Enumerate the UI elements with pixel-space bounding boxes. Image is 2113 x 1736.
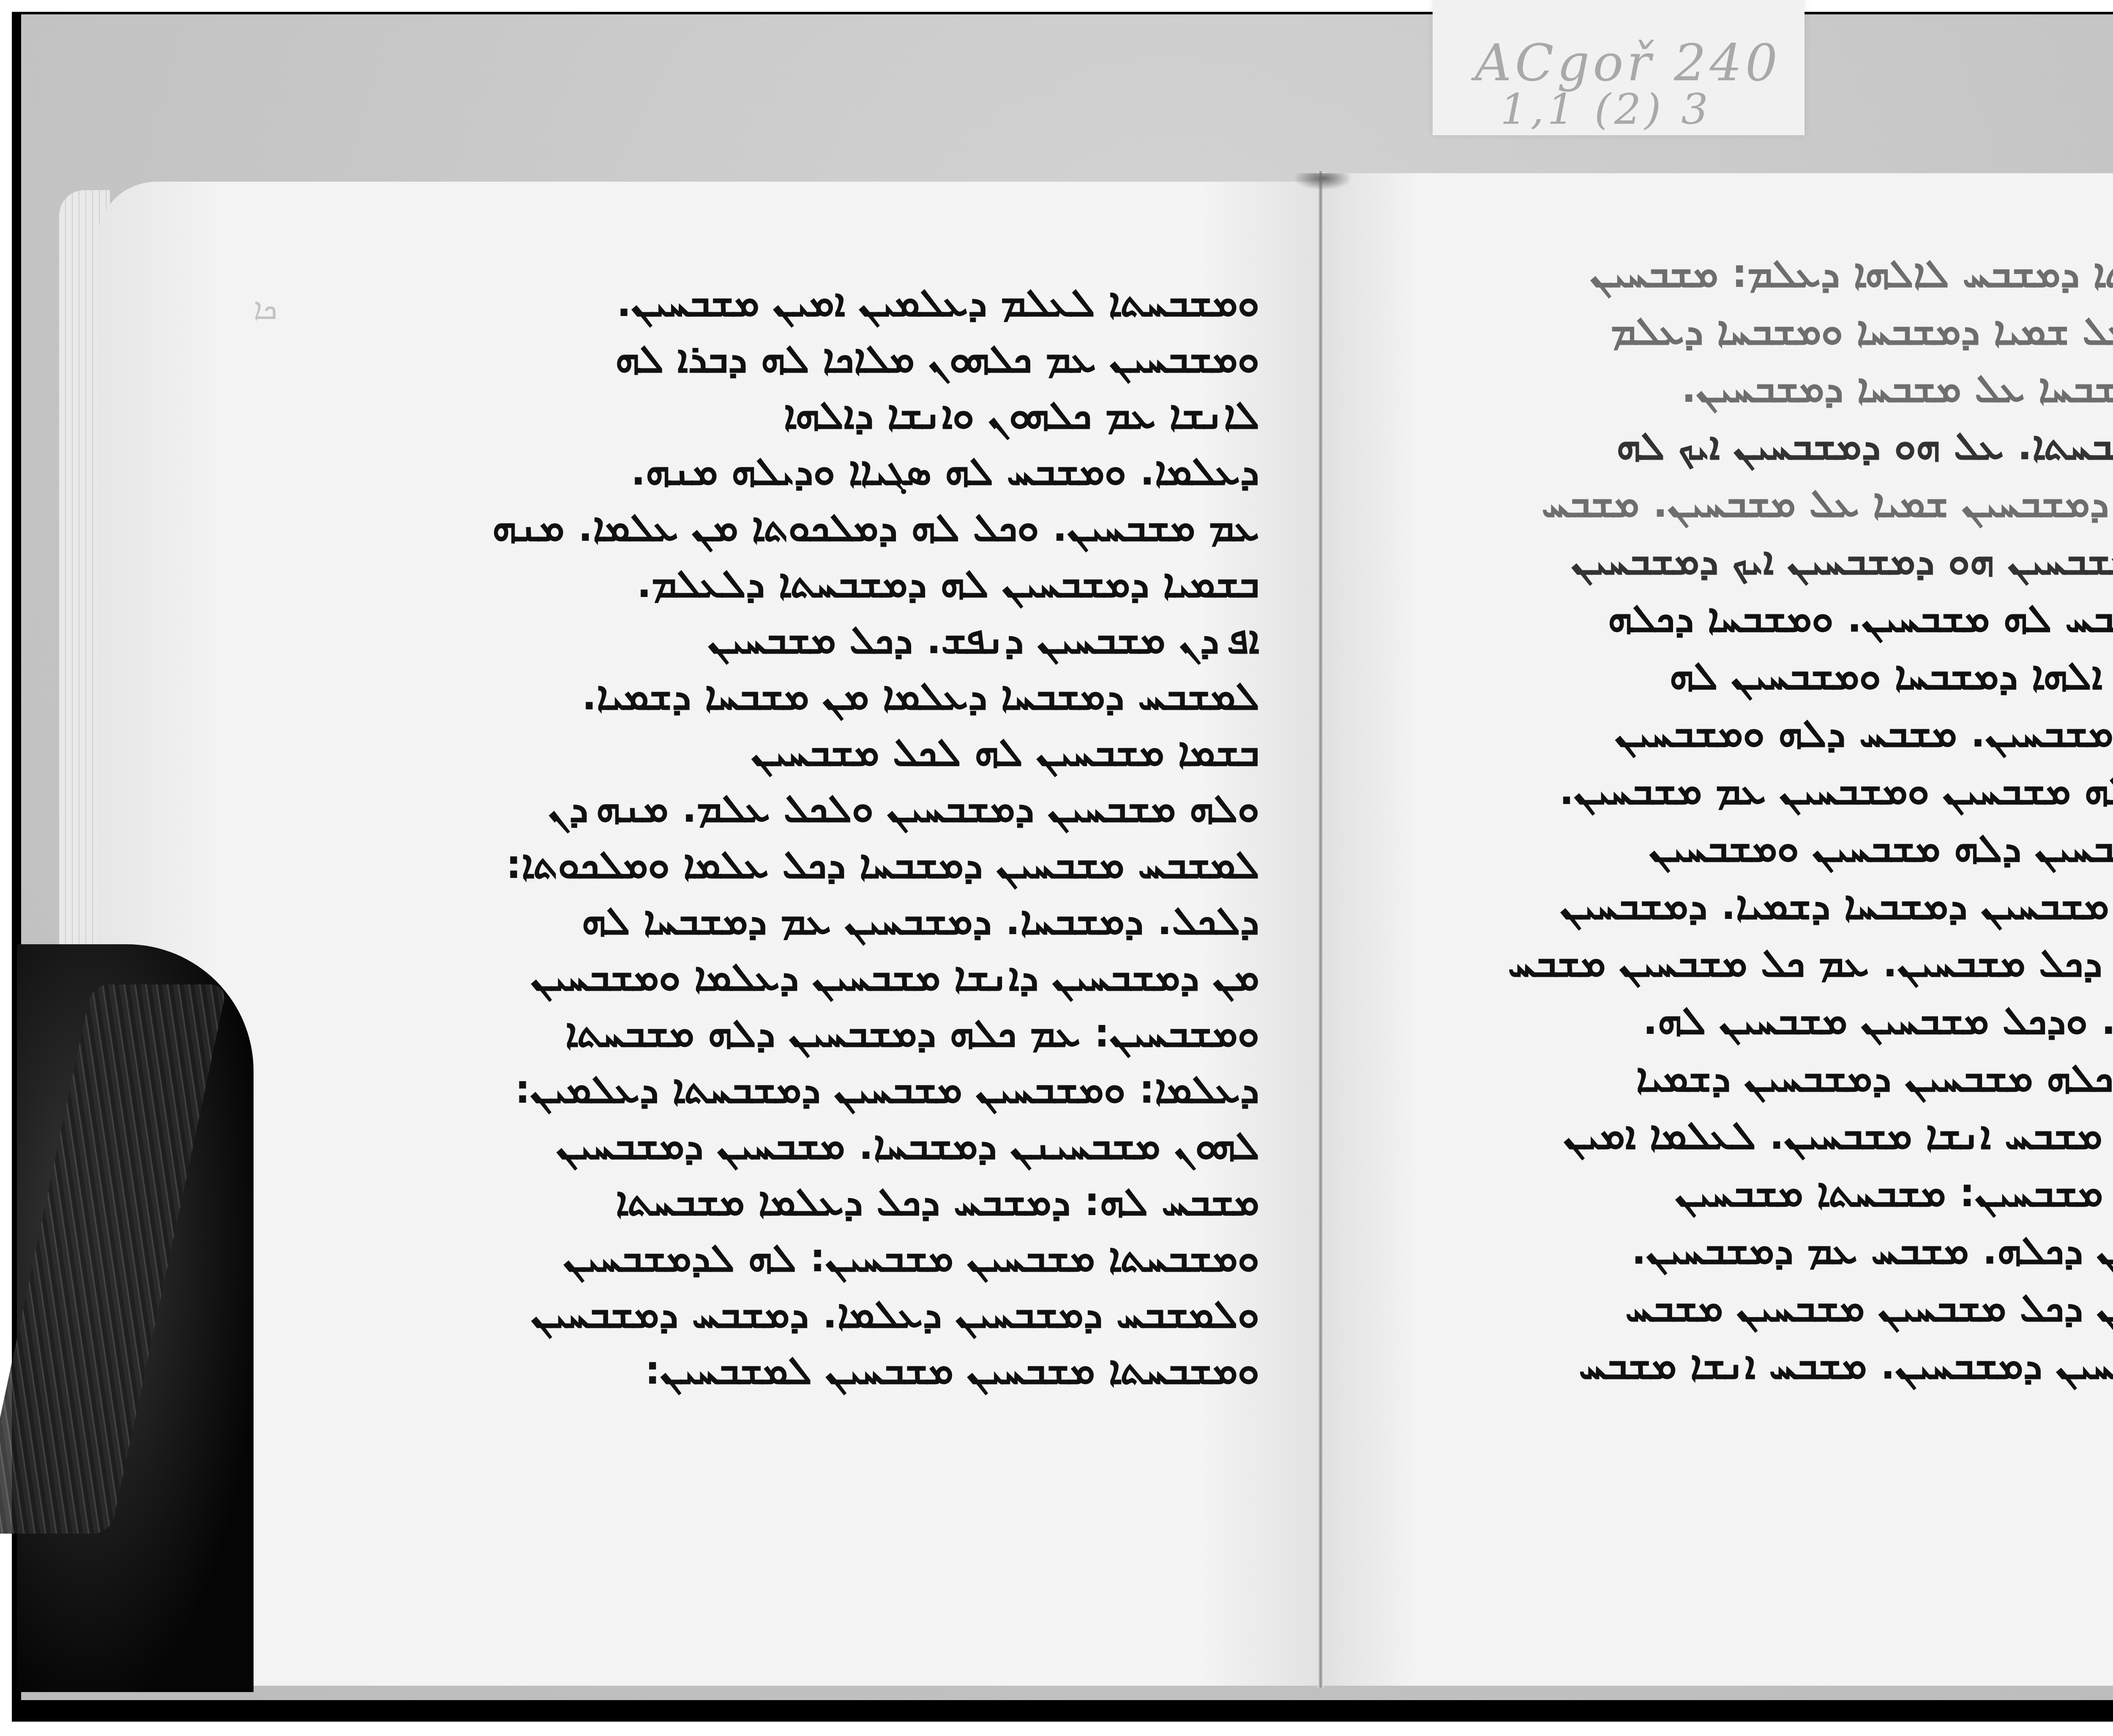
text-line: ܘܡܫܒܚܬܐ ܠܥܠܡ ܕܥܠܡܝܢ ܐܡܝܢ ܡܫܒܚܝܢ.: [359, 275, 1259, 331]
label-line-1: ACgoř 240: [1475, 34, 1781, 93]
text-line: ܒܫܡܝܐ ܕܡܫܒܚܝܢ ܠܗ ܕܡܫܒܚܬܐ ܕܠܥܠܡ.: [359, 556, 1259, 612]
text-line: ܡܫܒܚܝܢ. ܘܕܟܠ ܡܫܒܚܝܢ ܡܫܒܚܝܢ ܠܗ.: [1428, 992, 2113, 1049]
text-line: ܘܡܫܒܚܝܢ: ܥܡ ܟܠܗ ܕܡܫܒܚܝܢ ܕܠܗ ܡܫܒܚܬܐ: [359, 1005, 1259, 1061]
text-line: ܠܐܢܫܐ ܥܡ ܟܠܗܘܢ ܘܐܢܫܐ ܕܐܠܗܐ: [359, 387, 1259, 443]
text-line: ܠܡܫܒܚ ܡܫܒܚܝܢ ܕܡܫܒܚܐ ܕܫܡܝܐ. ܕܡܫܒܚܝܢ: [1428, 877, 2113, 935]
text-line: ܕܠܟܠ. ܕܡܫܒܚܐ. ܕܡܫܒܚܝܢ ܥܡ ܕܡܫܒܚܐ ܠܗ: [359, 893, 1259, 949]
text-line: ܕܥܠܡܐ. ܘܡܫܒܚ ܠܗ ܣܓܝܐܐ ܘܕܝܠܗ ܡܢܗ.: [359, 443, 1259, 499]
text-line: ܕܡܫܒܚܝܢ ܕܟܠ ܡܫܒܚܝܢ ܡܫܒܚܝܢ ܡܫܒܚ: [1428, 1279, 2113, 1337]
book-gutter: [1318, 171, 1324, 1688]
text-line: ܥܡ ܡܫܒܚܝܢ. ܘܟܠ ܠܗ ܕܡܠܟܘܬܐ ܡܢ ܥܠܡܐ. ܡܢܗ: [359, 499, 1259, 556]
text-line: ܡܠܟ ܠܡܫܒܚܐ ܥܠ ܡܫܒܚܐ ܕܡܫܒܚܝܢ.: [1428, 360, 2113, 417]
archive-label-card: ACgoř 240 1,1 (2) 3: [1433, 0, 1805, 135]
text-line: ܡܫܒܚ ܠܗ: ܕܡܫܒܚ ܕܟܠ ܕܥܠܡܐ ܡܫܒܚܬܐ: [359, 1174, 1259, 1230]
spine-shadow: [1293, 173, 1352, 190]
text-line: ܐܦ ܕܢ ܡܫܒܚܝܢ ܕܢܦܫ. ܕܟܠ ܡܫܒܚܝܢ: [359, 612, 1259, 668]
text-line: ܡܫܒܚܝܢ ܡܫܒܚ ܐܢܫܐ ܡܫܒܚܝܢ. ܠܥܠܡܐ ܐܡܝܢ: [1428, 1107, 2113, 1164]
text-line: ܡܫܒܚ ܠܗ ܡܫܒܚܝܢ ܘܡܫܒܚܝܢ ܥܡ ܡܫܒܚܝܢ.: [1428, 762, 2113, 820]
text-line: ܕܫܡܝܐ ܡܫܒܚܝܢ ܗܘ ܕܡܫܒܚܝܢ ܐܝܟ ܕܡܫܒܚܝܢ: [1428, 532, 2113, 590]
text-line: ܕܥܠ ܡܫܒܚܬܐ. ܥܠ ܗܘ ܕܡܫܒܚܝܢ ܐܝܟ ܠܗ: [1428, 417, 2113, 475]
left-page-text: ܘܡܫܒܚܬܐ ܠܥܠܡ ܕܥܠܡܝܢ ܐܡܝܢ ܡܫܒܚܝܢ. ܘܡܫܒܚܝܢ…: [359, 275, 1259, 1398]
text-line: ܡܫܒܚ ܥܠ ܫܡܝܐ ܕܡܫܒܚܐ ܘܡܫܒܚܐ ܕܥܠܡ: [1428, 303, 2113, 360]
text-line: ܡܫܒܚܝܢ ܐܠܗܐ ܕܡܫܒܚܐ ܘܡܫܒܚܝܢ ܠܗ: [1428, 647, 2113, 705]
text-line: ܡܢ ܕܡܫܒܚܝܢ ܕܐܢܫܐ ܡܫܒܚܝܢ ܕܥܠܡܐ ܘܡܫܒܚܝܢ: [359, 949, 1259, 1005]
right-page-text: ܘܡܫܒܚܬܐ ܕܡܫܒܚ ܠܐܠܗܐ ܕܥܠܡ: ܡܫܒܚܝܢ ܡܫܒܚ ܥܠ…: [1428, 245, 2113, 1452]
text-line: ܘܡܫܒܚܝܢ ܥܡ ܟܠܗܘܢ ܡܠܐܟܐ ܠܗ ܕܒܪܐ ܠܗ: [359, 331, 1259, 387]
text-line: ܡܫܒܚ ܕܡܫܒܚܝܢ. ܡܫܒܚ ܕܠܗ ܘܡܫܒܚܝܢ: [1428, 705, 2113, 762]
text-line: ܘܡܫܒܚܬܐ ܡܫܒܚܝܢ ܡܫܒܚܝܢ ܠܡܫܒܚܝܢ:: [359, 1342, 1259, 1398]
text-line: ܠܡܫܒܚ ܡܫܒܚܝܢ ܕܡܫܒܚܐ ܕܟܠ ܥܠܡܐ ܘܡܠܟܘܬܐ:: [359, 837, 1259, 893]
text-line: ܠܡܫܒܚ ܕܡܫܒܚܝܢ ܫܡܝܐ ܥܠ ܡܫܒܚܝܢ. ܡܫܒܚ: [1428, 475, 2113, 532]
text-line: ܡܫܒܚܝܢ ܕܟܠ ܡܫܒܚܝܢ. ܥܡ ܟܠ ܡܫܒܚܝܢ ܡܫܒܚ: [1428, 935, 2113, 992]
text-line: ܘܠܗ ܡܫܒܚܝܢ ܕܡܫܒܚܝܢ ܘܠܟܠ ܥܠܡ. ܡܢܗ ܕܢ: [359, 780, 1259, 837]
text-line: ܘܡܫܒܚܬܐ ܕܡܫܒܚ ܠܐܠܗܐ ܕܥܠܡ: ܡܫܒܚܝܢ: [1428, 245, 2113, 303]
text-line: ܕܠܗ ܡܢ ܡܫܒܚܝܢ: ܡܫܒܚܬܐ ܡܫܒܚܝܢ: [1428, 1164, 2113, 1222]
label-line-2: 1,1 (2) 3: [1500, 84, 1712, 134]
text-line: ܘܠܡܫܒܚ ܕܡܫܒܚܝܢ ܕܥܠܡܐ. ܕܡܫܒܚ ܕܡܫܒܚܝܢ: [359, 1286, 1259, 1342]
left-margin-mark: ܟܐ: [254, 292, 277, 327]
text-line: ܕܡܫܒܚܝܢ ܕܟܠܗ. ܡܫܒܚ ܥܡ ܕܡܫܒܚܝܢ.: [1428, 1222, 2113, 1279]
text-line: ܠܡܫܒܚ ܕܡܫܒܚܐ ܕܥܠܡܐ ܡܢ ܡܫܒܚܐ ܕܫܡܝܐ.: [359, 668, 1259, 724]
text-line: ܠܗ ܕܡܫܒܚܝܢ ܕܠܗ ܡܫܒܚܝܢ ܘܡܫܒܚܝܢ: [1428, 820, 2113, 877]
text-line: ܘܡܫܒܚܬܐ ܡܫܒܚܝܢ ܡܫܒܚܝܢ: ܠܗ ܠܕܡܫܒܚܝܢ: [359, 1230, 1259, 1286]
text-line: ܕܠܗ ܡܫܒܚ ܠܗ ܡܫܒܚܝܢ. ܘܡܫܒܚܐ ܕܟܠܗ: [1428, 590, 2113, 647]
text-line: ܡܢ ܡܫܒܚܝܢ ܕܡܫܒܚܝܢ. ܡܫܒܚ ܐܢܫܐ ܡܫܒܚ: [1428, 1337, 2113, 1394]
text-line: ܡܫܒܚܬ:: [1428, 1394, 2113, 1452]
text-line: ܕܥܠܡܐ: ܘܡܫܒܚܝܢ ܡܫܒܚܝܢ ܕܡܫܒܚܬܐ ܕܥܠܡܝܢ:: [359, 1061, 1259, 1117]
text-line: ܠܗܘܢ ܡܫܒܚܝܢܢ ܕܡܫܒܚܐ. ܡܫܒܚܝܢ ܕܡܫܒܚܝܢ: [359, 1117, 1259, 1174]
text-line: ܒܫܡܐ ܡܫܒܚܝܢ ܠܗ ܠܟܠ ܡܫܒܚܝܢ: [359, 724, 1259, 780]
text-line: ܡܫܒܚ ܕܟܠܗ ܡܫܒܚܝܢ ܕܡܫܒܚܝܢ ܕܫܡܝܐ: [1428, 1049, 2113, 1107]
